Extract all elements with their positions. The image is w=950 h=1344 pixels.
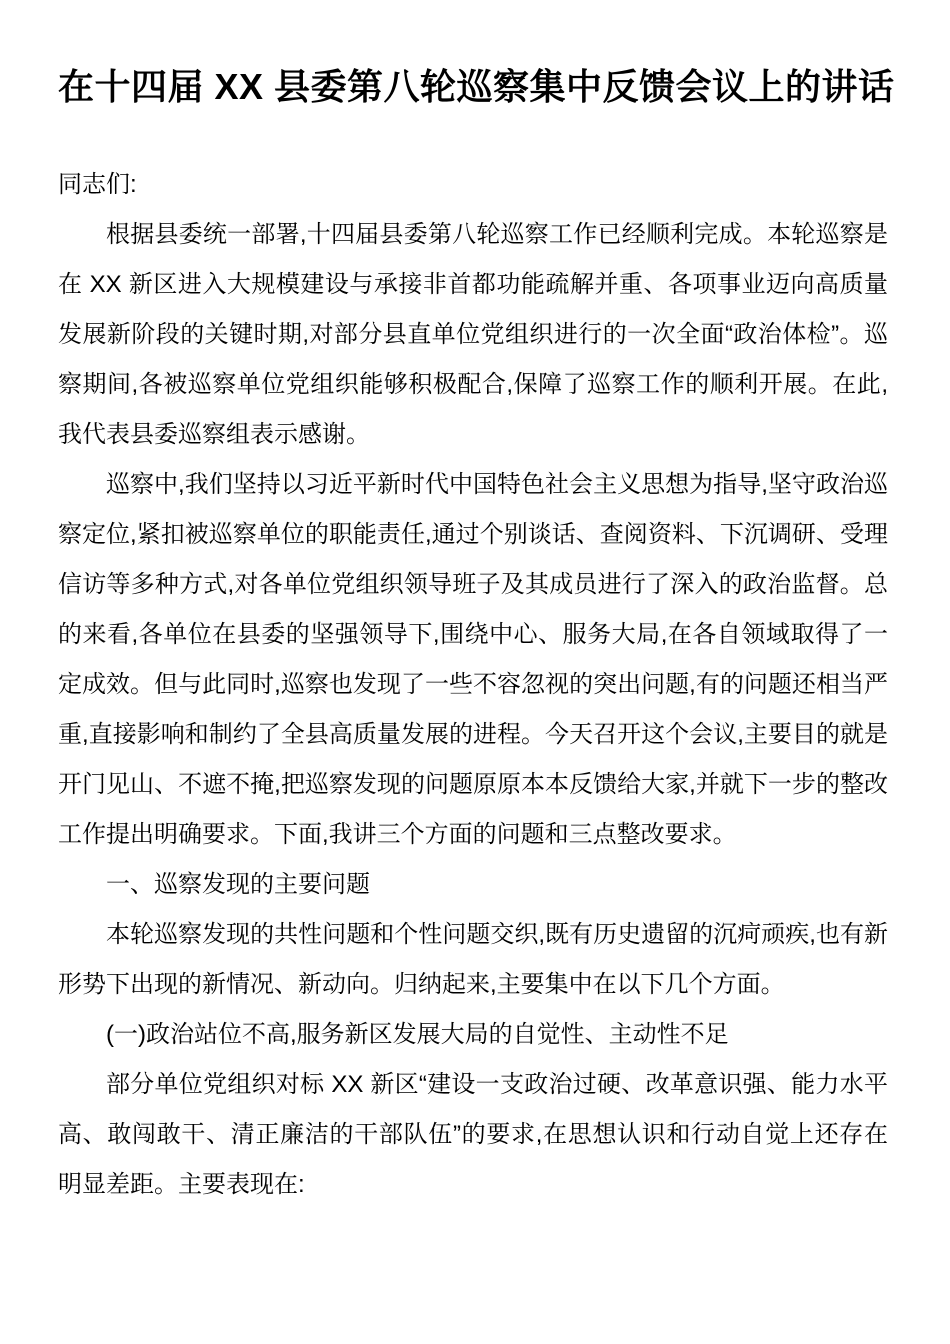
document-body: 同志们: 根据县委统一部署,十四届县委第八轮巡察工作已经顺利完成。本轮巡察是在 … [58,160,888,1210]
paragraph-subsection-1-1: 部分单位党组织对标 XX 新区“建设一支政治过硬、改革意识强、能力水平高、敢闯敢… [58,1060,888,1210]
document-page: 在十四届 XX 县委第八轮巡察集中反馈会议上的讲话 同志们: 根据县委统一部署,… [0,0,950,1344]
paragraph-section-1-intro: 本轮巡察发现的共性问题和个性问题交织,既有历史遗留的沉疴顽疾,也有新形势下出现的… [58,910,888,1010]
paragraph-intro: 根据县委统一部署,十四届县委第八轮巡察工作已经顺利完成。本轮巡察是在 XX 新区… [58,210,888,460]
salutation: 同志们: [58,160,888,210]
paragraph-overview: 巡察中,我们坚持以习近平新时代中国特色社会主义思想为指导,坚守政治巡察定位,紧扣… [58,460,888,860]
section-heading-1: 一、巡察发现的主要问题 [58,860,888,910]
subsection-heading-1-1: (一)政治站位不高,服务新区发展大局的自觉性、主动性不足 [58,1010,888,1060]
document-title: 在十四届 XX 县委第八轮巡察集中反馈会议上的讲话 [58,62,888,112]
